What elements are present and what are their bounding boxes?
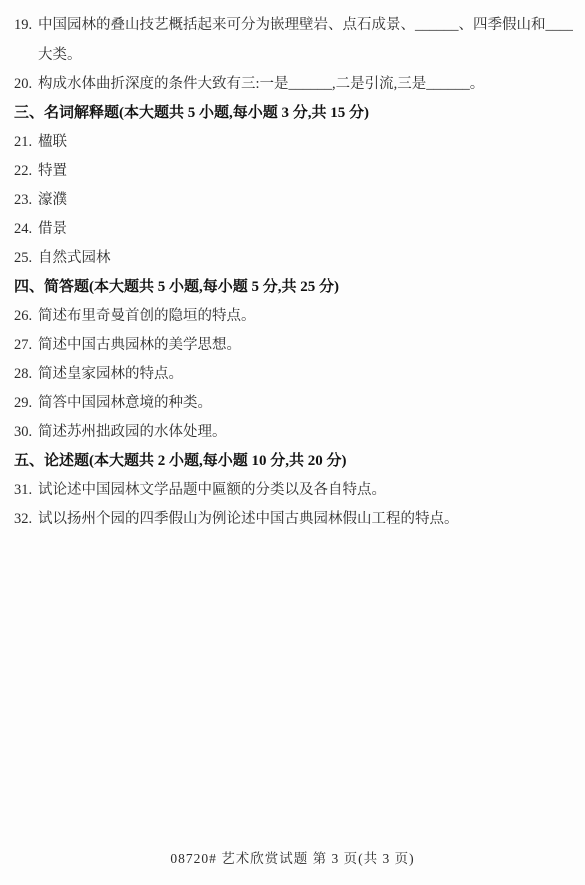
question-number: 20. [14,75,38,93]
question-line: 楹联 [38,133,573,151]
question-text: 简述布里奇曼首创的隐垣的特点。 [38,307,573,325]
question-line: 试以扬州个园的四季假山为例论述中国古典园林假山工程的特点。 [38,510,573,528]
question-number: 31. [14,481,38,499]
section-heading: 五、论述题(本大题共 2 小题,每小题 10 分,共 20 分) [14,452,573,470]
question-number: 22. [14,162,38,180]
question-line: 自然式园林 [38,249,573,267]
question-text: 借景 [38,220,573,238]
question-number: 27. [14,336,38,354]
question-line: 濠濮 [38,191,573,209]
question-item: 23. 濠濮 [14,191,573,209]
section-heading: 四、简答题(本大题共 5 小题,每小题 5 分,共 25 分) [14,278,573,296]
question-item: 20. 构成水体曲折深度的条件大致有三:一是______,二是引流,三是____… [14,75,573,93]
question-number: 26. [14,307,38,325]
question-number: 24. [14,220,38,238]
question-item: 26. 简述布里奇曼首创的隐垣的特点。 [14,307,573,325]
question-item: 28. 简述皇家园林的特点。 [14,365,573,383]
question-text: 简答中国园林意境的种类。 [38,394,573,412]
question-number: 25. [14,249,38,267]
question-text: 楹联 [38,133,573,151]
question-text: 试以扬州个园的四季假山为例论述中国古典园林假山工程的特点。 [38,510,573,528]
question-line: 构成水体曲折深度的条件大致有三:一是______,二是引流,三是______。 [38,75,573,93]
question-item: 27. 简述中国古典园林的美学思想。 [14,336,573,354]
question-number: 30. [14,423,38,441]
question-number: 19. [14,16,38,34]
question-number: 32. [14,510,38,528]
exam-paper-page: 19. 中国园林的叠山技艺概括起来可分为嵌理壁岩、点石成景、______、四季假… [0,0,585,885]
question-text: 构成水体曲折深度的条件大致有三:一是______,二是引流,三是______。 [38,75,573,93]
question-number: 21. [14,133,38,151]
question-text: 中国园林的叠山技艺概括起来可分为嵌理壁岩、点石成景、______、四季假山和__… [38,16,573,64]
question-line: 试论述中国园林文学品题中匾额的分类以及各自特点。 [38,481,573,499]
question-line: 简答中国园林意境的种类。 [38,394,573,412]
question-line: 大类。 [38,46,573,64]
question-text: 自然式园林 [38,249,573,267]
question-line: 简述皇家园林的特点。 [38,365,573,383]
question-number: 23. [14,191,38,209]
question-text: 简述苏州拙政园的水体处理。 [38,423,573,441]
question-item: 19. 中国园林的叠山技艺概括起来可分为嵌理壁岩、点石成景、______、四季假… [14,16,573,64]
question-text: 特置 [38,162,573,180]
question-number: 28. [14,365,38,383]
question-line: 借景 [38,220,573,238]
page-footer: 08720# 艺术欣赏试题 第 3 页(共 3 页) [0,847,585,867]
question-list: 19. 中国园林的叠山技艺概括起来可分为嵌理壁岩、点石成景、______、四季假… [0,0,585,528]
question-text: 试论述中国园林文学品题中匾额的分类以及各自特点。 [38,481,573,499]
question-item: 21. 楹联 [14,133,573,151]
question-item: 29. 简答中国园林意境的种类。 [14,394,573,412]
question-item: 25. 自然式园林 [14,249,573,267]
question-line: 简述苏州拙政园的水体处理。 [38,423,573,441]
question-item: 31. 试论述中国园林文学品题中匾额的分类以及各自特点。 [14,481,573,499]
question-text: 简述中国古典园林的美学思想。 [38,336,573,354]
question-item: 32. 试以扬州个园的四季假山为例论述中国古典园林假山工程的特点。 [14,510,573,528]
question-item: 24. 借景 [14,220,573,238]
question-number: 29. [14,394,38,412]
section-heading: 三、名词解释题(本大题共 5 小题,每小题 3 分,共 15 分) [14,104,573,122]
question-line: 特置 [38,162,573,180]
question-item: 30. 简述苏州拙政园的水体处理。 [14,423,573,441]
question-line: 简述中国古典园林的美学思想。 [38,336,573,354]
question-line: 中国园林的叠山技艺概括起来可分为嵌理壁岩、点石成景、______、四季假山和__… [38,16,573,34]
question-text: 濠濮 [38,191,573,209]
question-text: 简述皇家园林的特点。 [38,365,573,383]
footer-text: 08720# 艺术欣赏试题 第 3 页(共 3 页) [170,851,414,866]
question-line: 简述布里奇曼首创的隐垣的特点。 [38,307,573,325]
question-item: 22. 特置 [14,162,573,180]
